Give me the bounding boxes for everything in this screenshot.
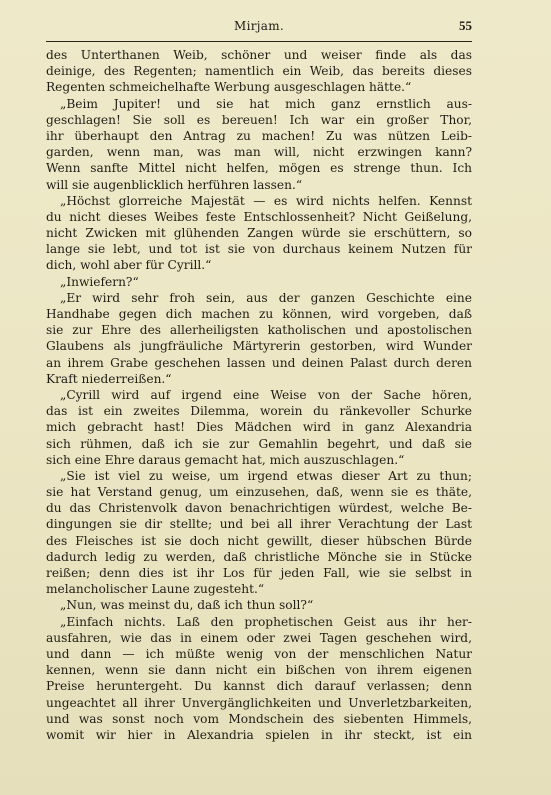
text-line: kennen, wenn sie dann nicht ein bißchen … [46, 662, 472, 678]
text-line: „Er wird sehr froh sein, aus der ganzen … [46, 290, 472, 306]
text-line: sie zur Ehre des allerheiligsten katholi… [46, 322, 472, 338]
text-line: des Fleisches ist sie doch nicht gewillt… [46, 533, 472, 549]
running-head: Mirjam. 55 [46, 17, 472, 37]
text-line: lange sie lebt, und tot ist sie von durc… [46, 241, 472, 257]
text-line: und was sonst noch vom Mondschein des si… [46, 711, 472, 727]
text-line: „Höchst glorreiche Majestät — es wird ni… [46, 193, 472, 209]
text-line: an ihrem Grabe geschehen lassen und dein… [46, 355, 472, 371]
text-line: „Beim Jupiter! und sie hat mich ganz ern… [46, 96, 472, 112]
text-line: Glaubens als jungfräuliche Märtyrerin ge… [46, 338, 472, 354]
text-line: ungeachtet all ihrer Unvergänglichkeiten… [46, 695, 472, 711]
text-line: will sie augenblicklich herführen lassen… [46, 177, 472, 193]
text-line: „Sie ist viel zu weise, um irgend etwas … [46, 468, 472, 484]
text-line: „Einfach nichts. Laß den prophetischen G… [46, 614, 472, 630]
text-line: deinige, des Regenten; namentlich ein We… [46, 63, 472, 79]
text-line: Handhabe gegen dich machen zu können, wi… [46, 306, 472, 322]
text-line: das ist ein zweites Dilemma, worein du r… [46, 403, 472, 419]
running-title: Mirjam. [46, 19, 472, 33]
text-line: nicht Zwicken mit glühenden Zangen würde… [46, 225, 472, 241]
text-line: und dann — ich müßte wenig von der mensc… [46, 646, 472, 662]
text-line: geschlagen! Sie soll es bereuen! Ich war… [46, 112, 472, 128]
page-number: 55 [459, 18, 472, 34]
text-line: du nicht dieses Weibes feste Entschlosse… [46, 209, 472, 225]
header-rule [46, 41, 472, 42]
text-line: des Unterthanen Weib, schöner und weiser… [46, 47, 472, 63]
text-line: melancholischer Laune zugesteht.“ [46, 581, 472, 597]
text-line: Regenten schmeichelhafte Werbung ausgesc… [46, 79, 472, 95]
text-line: reißen; denn dies ist ihr Los für jeden … [46, 565, 472, 581]
text-line: du das Christenvolk davon benachrichtige… [46, 500, 472, 516]
text-line: dich, wohl aber für Cyrill.“ [46, 257, 472, 273]
body-text: des Unterthanen Weib, schöner und weiser… [46, 47, 472, 743]
text-line: Wenn sanfte Mittel nicht helfen, mögen e… [46, 160, 472, 176]
text-line: ihr überhaupt den Antrag zu machen! Zu w… [46, 128, 472, 144]
text-line: sich rühmen, daß ich sie zur Gemahlin be… [46, 436, 472, 452]
text-line: ausfahren, wie das in einem oder zwei Ta… [46, 630, 472, 646]
text-line: dingungen sie dir stellte; und bei all i… [46, 516, 472, 532]
text-line: womit wir hier in Alexandria spielen in … [46, 727, 472, 743]
text-line: Preise heruntergeht. Du kannst dich dara… [46, 678, 472, 694]
text-line: „Cyrill wird auf irgend eine Weise von d… [46, 387, 472, 403]
text-line: „Inwiefern?“ [46, 274, 472, 290]
text-line: garden, wenn man, was man will, nicht er… [46, 144, 472, 160]
text-line: „Nun, was meinst du, daß ich thun soll?“ [46, 597, 472, 613]
text-line: Kraft niederreißen.“ [46, 371, 472, 387]
text-line: dadurch ledig zu werden, daß christliche… [46, 549, 472, 565]
text-line: mich gebracht hast! Dies Mädchen wird in… [46, 419, 472, 435]
text-line: sich eine Ehre daraus gemacht hat, mich … [46, 452, 472, 468]
text-line: sie hat Verstand genug, um einzusehen, d… [46, 484, 472, 500]
